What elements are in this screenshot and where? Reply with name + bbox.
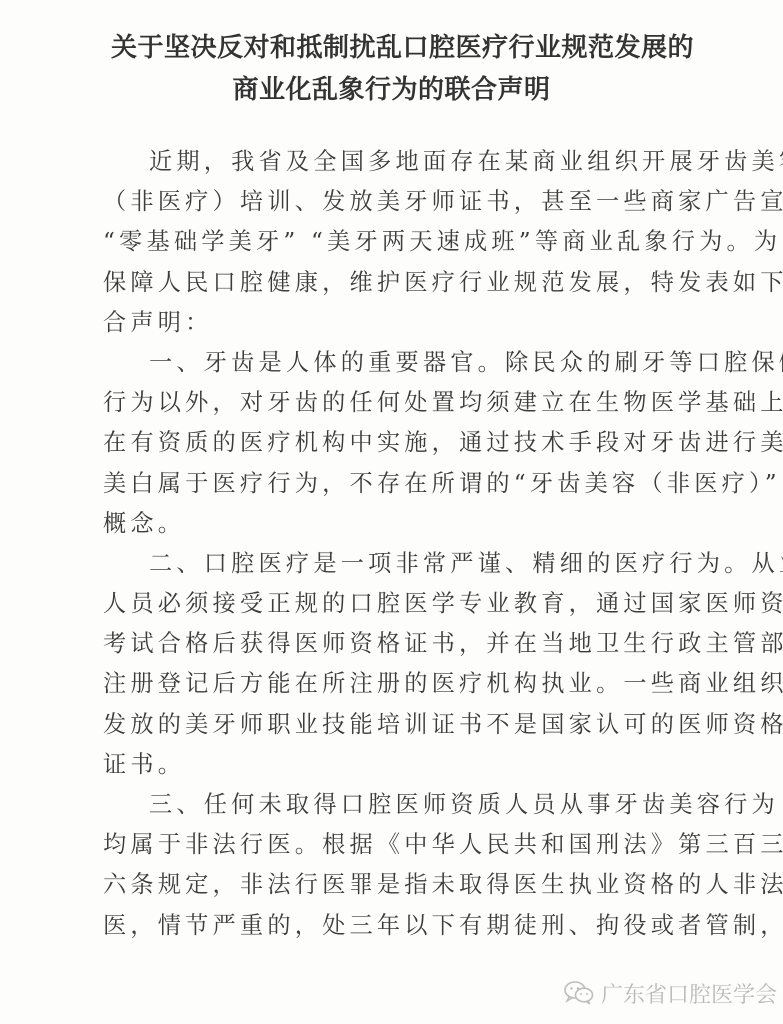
text-line: 医，情节严重的，处三年以下有期徒刑、拘役或者管制，并 [103,906,663,946]
text-line: 发放的美牙师职业技能培训证书不是国家认可的医师资格 [103,705,663,745]
watermark-text: 广东省口腔医学会 [601,978,777,1009]
document-page: 关于坚决反对和抵制扰乱口腔医疗行业规范发展的 商业化乱象行为的联合声明 近期，我… [0,0,783,1024]
paragraph-point-1: 一、牙齿是人体的重要器官。除民众的刷牙等口腔保健 行为以外，对牙齿的任何处置均须… [103,343,663,544]
text-line: 考试合格后获得医师资格证书，并在当地卫生行政主管部门 [103,624,663,664]
watermark: 广东省口腔医学会 [563,978,777,1008]
text-line: 一、牙齿是人体的重要器官。除民众的刷牙等口腔保健 [103,343,663,383]
text-line: 近期，我省及全国多地面存在某商业组织开展牙齿美容 [103,142,663,182]
text-line: 美白属于医疗行为，不存在所谓的“牙齿美容（非医疗）” [103,464,663,504]
text-line: 二、口腔医疗是一项非常严谨、精细的医疗行为。从业 [103,544,663,584]
paragraph-point-3: 三、任何未取得口腔医师资质人员从事牙齿美容行为 均属于非法行医。根据《中华人民共… [103,785,663,946]
text-line: 在有资质的医疗机构中实施，通过技术手段对牙齿进行美容 [103,423,663,463]
text-line: 合声明： [103,303,663,343]
text-line: 行为以外，对牙齿的任何处置均须建立在生物医学基础上且 [103,383,663,423]
text-line: “零基础学美牙” “美牙两天速成班”等商业乱象行为。为 [103,222,663,262]
text-line: 均属于非法行医。根据《中华人民共和国刑法》第三百三十 [103,825,663,865]
text-line: 六条规定，非法行医罪是指未取得医生执业资格的人非法行 [103,865,663,905]
text-line: 注册登记后方能在所注册的医疗机构执业。一些商业组织所 [103,664,663,704]
document-body: 近期，我省及全国多地面存在某商业组织开展牙齿美容 （非医疗）培训、发放美牙师证书… [103,142,663,946]
text-line: 人员必须接受正规的口腔医学专业教育，通过国家医师资格 [103,584,663,624]
wechat-icon [563,980,595,1006]
title-line-2: 商业化乱象行为的联合声明 [0,76,783,104]
text-line: 保障人民口腔健康，维护医疗行业规范发展，特发表如下联 [103,263,663,303]
text-line: 概念。 [103,504,663,544]
title-line-1: 关于坚决反对和抵制扰乱口腔医疗行业规范发展的 [0,34,783,62]
paragraph-intro: 近期，我省及全国多地面存在某商业组织开展牙齿美容 （非医疗）培训、发放美牙师证书… [103,142,663,343]
document-title: 关于坚决反对和抵制扰乱口腔医疗行业规范发展的 商业化乱象行为的联合声明 [0,34,783,118]
text-line: 三、任何未取得口腔医师资质人员从事牙齿美容行为 [103,785,663,825]
paragraph-point-2: 二、口腔医疗是一项非常严谨、精细的医疗行为。从业 人员必须接受正规的口腔医学专业… [103,544,663,785]
text-line: 证书。 [103,745,663,785]
text-line: （非医疗）培训、发放美牙师证书，甚至一些商家广告宣传 [103,182,663,222]
